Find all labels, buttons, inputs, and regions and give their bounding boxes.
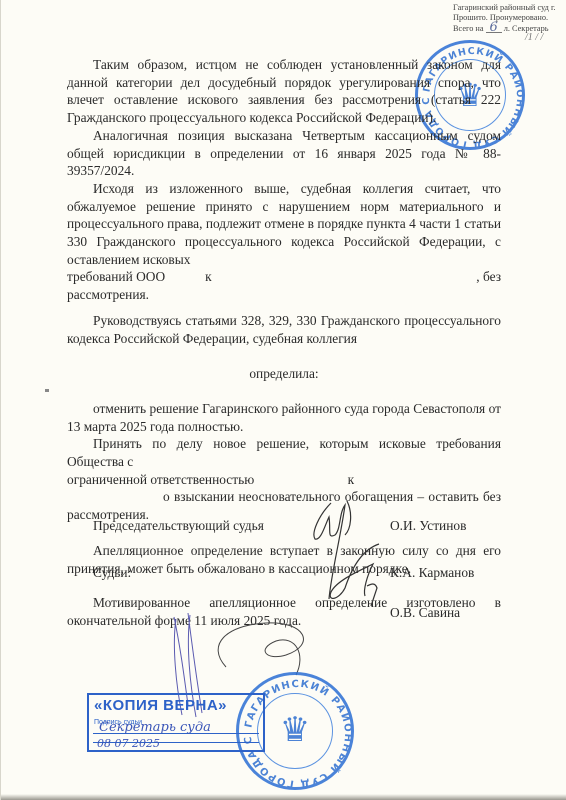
judges-label: Судьи: xyxy=(93,565,131,581)
paragraph-precedent: Аналогичная позиция высказана Четвертым … xyxy=(67,127,501,180)
document-body: Таким образом, истцом не соблюден устано… xyxy=(67,56,501,630)
page-count-handwritten: 6 xyxy=(486,23,502,33)
document-page: Гагаринский районный суд г. Прошито. Про… xyxy=(0,0,566,800)
scan-speck xyxy=(45,389,49,392)
binding-stamp-pages: Всего на 6 л. Секретарь xyxy=(453,23,566,34)
binding-stamp: Гагаринский районный суд г. Прошито. Про… xyxy=(453,3,566,34)
copy-stamp-date: 08 07 2025 xyxy=(97,737,160,750)
ruling-cancel: отменить решение Гагаринского районного … xyxy=(67,400,501,435)
signature-judge1-icon xyxy=(321,540,401,610)
presiding-label: Председательствующий судья xyxy=(93,518,264,534)
judge1-name: К.А. Карманов xyxy=(390,565,474,581)
paragraph-legal-basis: Руководствуясь статьями 328, 329, 330 Гр… xyxy=(67,312,501,347)
redacted-line-2: ограниченной ответственностью к xyxy=(67,471,501,489)
paragraph-conclusion: Исходя из изложенного выше, судебная кол… xyxy=(67,180,501,269)
binding-stamp-status: Прошито. Пронумеровано. xyxy=(453,13,566,23)
copy-stamp-handwritten: Секретарь суда xyxy=(99,720,211,735)
copy-certified-stamp: «КОПИЯ ВЕРНА» Подпись судьи Секретарь су… xyxy=(87,693,265,752)
coat-of-arms-icon: ♛ xyxy=(280,714,310,748)
redacted-line: требований ООО к , без xyxy=(67,268,501,286)
presiding-name: О.И. Устинов xyxy=(390,518,466,534)
ruling-new-decision: Принять по делу новое решение, которым и… xyxy=(67,435,501,470)
binding-stamp-court: Гагаринский районный суд г. xyxy=(453,3,566,13)
scan-bottom-edge xyxy=(1,794,566,800)
decision-heading: определила: xyxy=(67,365,501,383)
paragraph-procedure: Таким образом, истцом не соблюден устано… xyxy=(67,56,501,127)
copy-stamp-title: «КОПИЯ ВЕРНА» xyxy=(94,697,227,714)
handwritten-mark: /1 / / xyxy=(525,33,543,43)
